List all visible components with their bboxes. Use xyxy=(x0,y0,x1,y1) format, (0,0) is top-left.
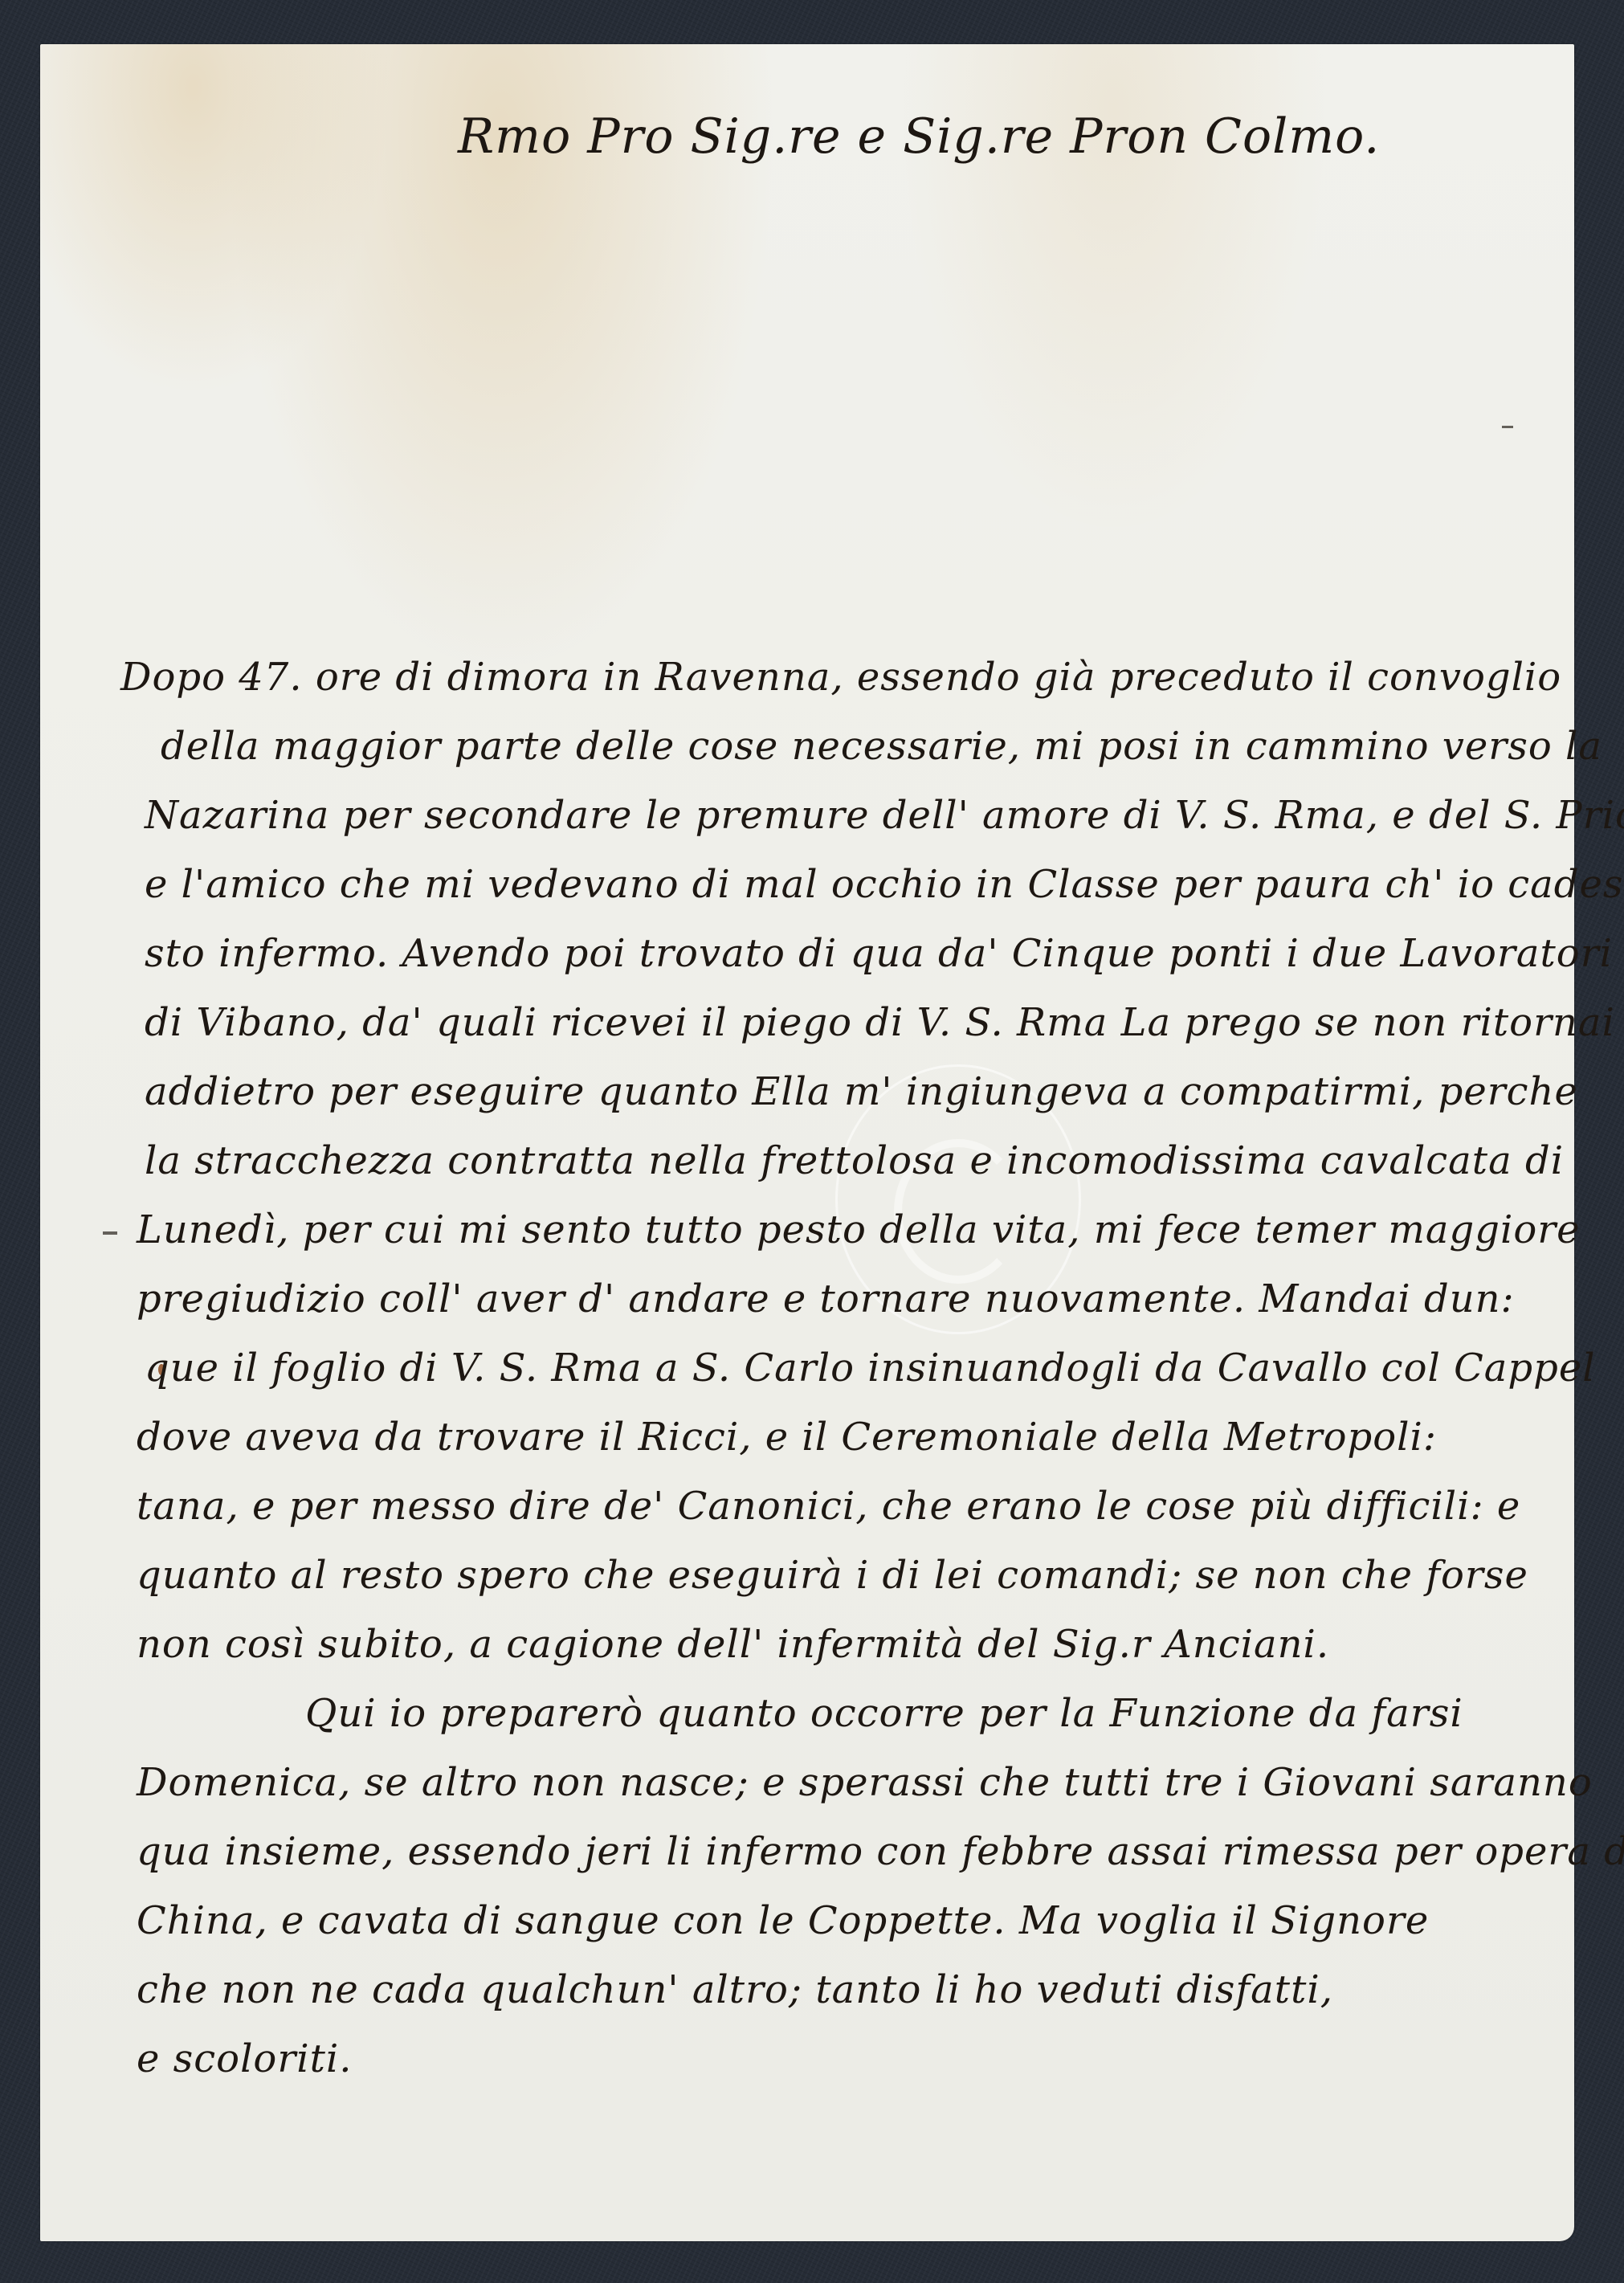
letter-line: dove aveva da trovare il Ricci, e il Cer… xyxy=(120,1403,1534,1472)
letter-line: tana, e per messo dire de' Canonici, che… xyxy=(120,1472,1534,1541)
letter-line: quanto al resto spero che eseguirà i di … xyxy=(120,1541,1534,1610)
letter-line: di Vibano, da' quali ricevei il piego di… xyxy=(120,988,1534,1057)
salutation-heading: Rmo Pro Sig.re e Sig.re Pron Colmo. xyxy=(458,112,1380,161)
letter-line: della maggior parte delle cose necessari… xyxy=(120,712,1534,781)
letter-line: que il foglio di V. S. Rma a S. Carlo in… xyxy=(120,1333,1534,1403)
letter-line: Lunedì, per cui mi sento tutto pesto del… xyxy=(120,1195,1534,1264)
letter-line: pregiudizio coll' aver d' andare e torna… xyxy=(120,1264,1534,1333)
letter-line: Qui io preparerò quanto occorre per la F… xyxy=(120,1679,1534,1748)
letter-line: qua insieme, essendo jeri li infermo con… xyxy=(120,1817,1534,1886)
letter-line: non così subito, a cagione dell' infermi… xyxy=(120,1610,1534,1679)
letter-line: e l'amico che mi vedevano di mal occhio … xyxy=(120,850,1534,919)
margin-dash xyxy=(103,1231,117,1235)
letter-body: Dopo 47. ore di dimora in Ravenna, essen… xyxy=(120,643,1534,2093)
letter-line: addietro per eseguire quanto Ella m' ing… xyxy=(120,1057,1534,1126)
letter-line: e scoloriti. xyxy=(120,2024,1534,2093)
letter-line: che non ne cada qualchun' altro; tanto l… xyxy=(120,1955,1534,2024)
margin-dash xyxy=(1502,426,1513,428)
letter-line: sto infermo. Avendo poi trovato di qua d… xyxy=(120,919,1534,988)
letter-line: la stracchezza contratta nella frettolos… xyxy=(120,1126,1534,1195)
letter-line: China, e cavata di sangue con le Coppett… xyxy=(120,1886,1534,1955)
letter-line: Dopo 47. ore di dimora in Ravenna, essen… xyxy=(120,643,1534,712)
letter-line: Domenica, se altro non nasce; e sperassi… xyxy=(120,1748,1534,1817)
letter-line: Nazarina per secondare le premure dell' … xyxy=(120,781,1534,850)
dark-mount-background: Rmo Pro Sig.re e Sig.re Pron Colmo. Dopo… xyxy=(0,0,1624,2283)
